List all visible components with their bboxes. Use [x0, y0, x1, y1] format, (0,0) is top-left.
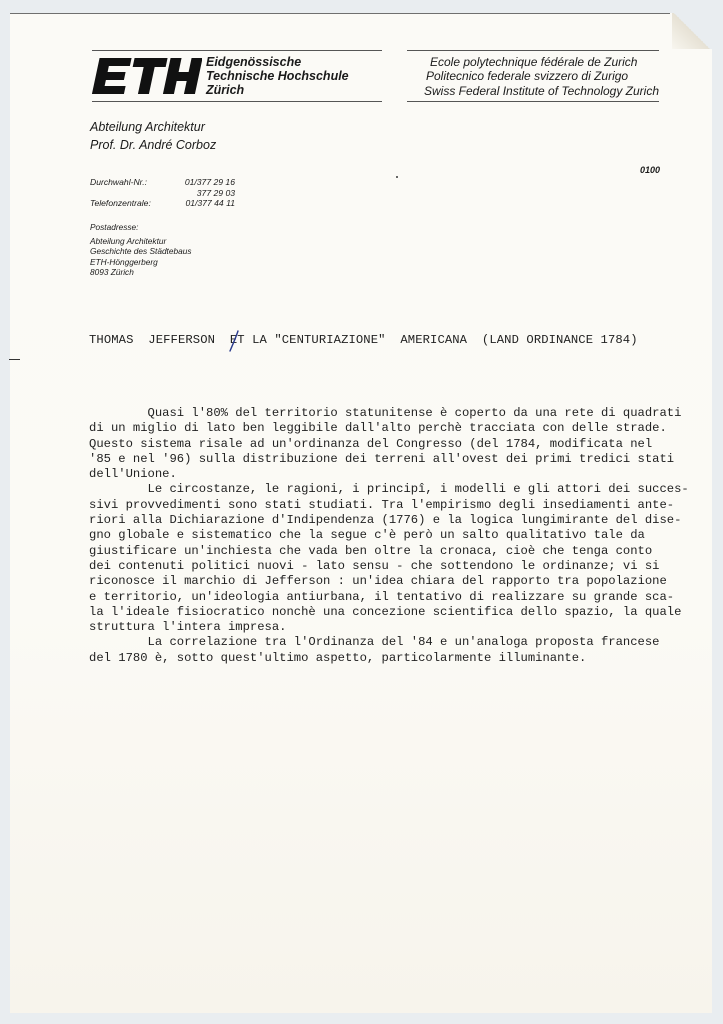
body-line: riori alla Dichiarazione d'Indipendenza … — [89, 513, 689, 528]
phone-number: 01/377 44 11 — [175, 198, 235, 209]
phone-number: 01/377 29 16 — [175, 177, 235, 188]
phone-row: Durchwahl-Nr.: 01/377 29 16 — [90, 177, 235, 188]
postal-address: Postadresse: Abteilung Architektur Gesch… — [90, 222, 191, 278]
body-line: giustificare un'inchiesta che vada ben o… — [89, 544, 689, 559]
body-line: dell'Unione. — [89, 467, 689, 482]
postal-line: Geschichte des Städtebaus — [90, 246, 191, 257]
body-line: dei contenuti politici nuovi - lato sens… — [89, 559, 689, 574]
header-rule-top-right — [407, 50, 659, 51]
paper-edge — [10, 13, 670, 14]
institution-line: Zürich — [206, 83, 349, 97]
body-line: la l'ideale fisiocratico nonchè una conc… — [89, 605, 689, 620]
phone-label: Telefonzentrale: — [90, 198, 175, 209]
institution-line: Eidgenössische — [206, 55, 349, 69]
phone-numbers: Durchwahl-Nr.: 01/377 29 16 377 29 03 Te… — [90, 177, 235, 209]
institution-name-german: Eidgenössische Technische Hochschule Zür… — [206, 55, 349, 97]
document-body: Quasi l'80% del territorio statunitense … — [89, 406, 689, 666]
institution-line: Technische Hochschule — [206, 69, 349, 83]
folded-corner — [672, 13, 712, 49]
department-block: Abteilung Architektur Prof. Dr. André Co… — [90, 118, 216, 154]
header-rule-bottom-left — [92, 101, 382, 102]
body-line: riconosce il marchio di Jefferson : un'i… — [89, 574, 689, 589]
body-line: gno globale e sistematico che la segue c… — [89, 528, 689, 543]
postal-line: ETH-Hönggerberg — [90, 257, 191, 268]
body-line: Quasi l'80% del territorio statunitense … — [89, 406, 689, 421]
body-line: Le circostanze, le ragioni, i principî, … — [89, 482, 689, 497]
phone-label: Durchwahl-Nr.: — [90, 177, 175, 188]
professor-name: Prof. Dr. André Corboz — [90, 136, 216, 154]
phone-row: 377 29 03 — [90, 188, 235, 199]
handwritten-strike-icon — [228, 329, 240, 353]
body-line: La correlazione tra l'Ordinanza del '84 … — [89, 635, 689, 650]
eth-logo-icon — [90, 56, 202, 96]
postal-line: 8093 Zürich — [90, 267, 191, 278]
phone-label — [90, 188, 175, 199]
phone-number: 377 29 03 — [175, 188, 235, 199]
postal-heading: Postadresse: — [90, 222, 191, 233]
reference-number: 0100 — [640, 165, 660, 175]
institution-name-italian: Politecnico federale svizzero di Zurigo — [424, 69, 659, 83]
paper-speck — [396, 176, 398, 178]
body-line: '85 e nel '96) sulla distribuzione dei t… — [89, 452, 689, 467]
document-title: THOMAS JEFFERSON ET LA "CENTURIAZIONE" A… — [89, 333, 638, 347]
header-rule-bottom-right — [407, 101, 659, 102]
punch-margin-mark — [9, 359, 20, 360]
phone-row: Telefonzentrale: 01/377 44 11 — [90, 198, 235, 209]
department-name: Abteilung Architektur — [90, 118, 216, 136]
body-line: Questo sistema risale ad un'ordinanza de… — [89, 437, 689, 452]
institution-name-translations: Ecole polytechnique fédérale de Zurich P… — [424, 55, 659, 98]
header-rule-top-left — [92, 50, 382, 51]
institution-name-french: Ecole polytechnique fédérale de Zurich — [424, 55, 659, 69]
body-line: di un miglio di lato ben leggibile dall'… — [89, 421, 689, 436]
body-line: sivi provvedimenti sono stati studiati. … — [89, 498, 689, 513]
body-line: del 1780 è, sotto quest'ultimo aspetto, … — [89, 651, 689, 666]
postal-line: Abteilung Architektur — [90, 236, 191, 247]
body-line: struttura l'intera impresa. — [89, 620, 689, 635]
institution-name-english: Swiss Federal Institute of Technology Zu… — [424, 84, 659, 98]
body-line: e territorio, un'ideologia antiurbana, i… — [89, 590, 689, 605]
